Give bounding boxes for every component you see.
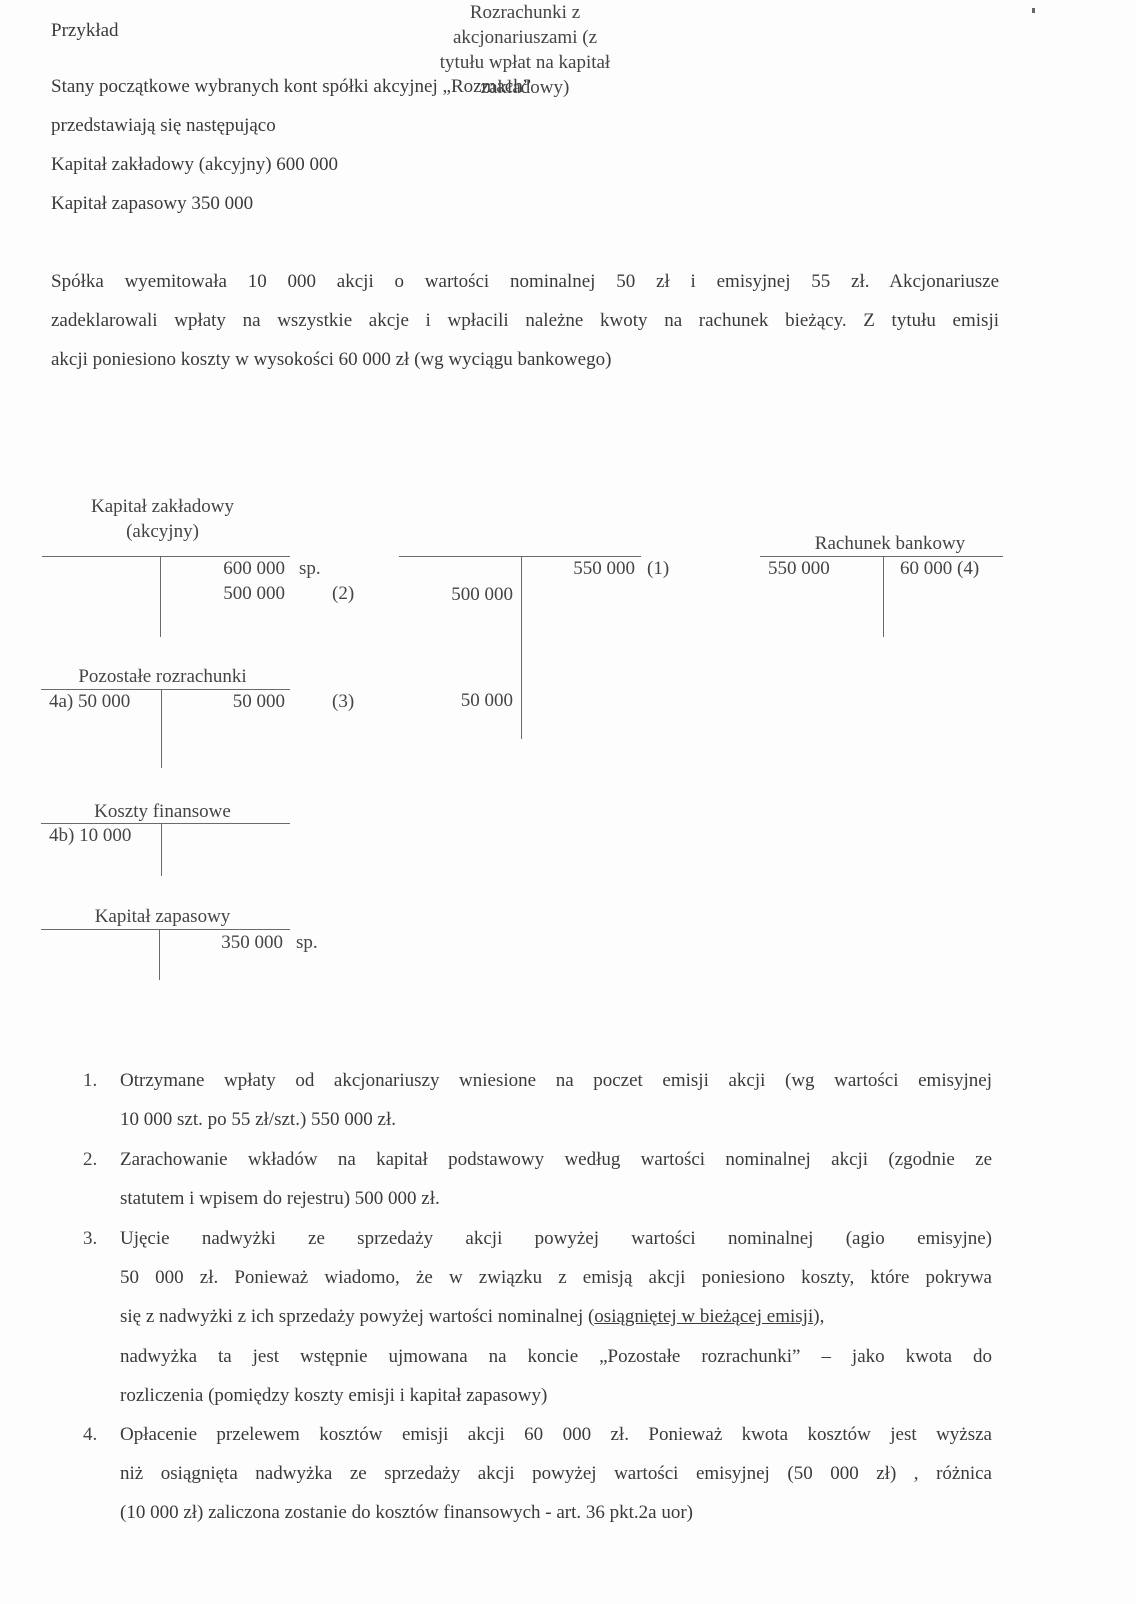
t-account-divider <box>159 930 160 980</box>
account-title: Kapitał zapasowy <box>40 904 285 929</box>
t-account-divider <box>883 557 884 637</box>
debit-amount: 10 000 <box>79 825 131 846</box>
t-account-top-line <box>41 929 290 930</box>
note-line: statutem i wpisem do rejestru) 500 000 z… <box>120 1188 440 1210</box>
credit-ref: (4) <box>957 558 979 579</box>
t-account-top-line <box>760 556 1003 557</box>
scan-speck <box>1032 8 1035 13</box>
debit-entry: 4a) 50 000 <box>49 691 130 713</box>
debit-ref: 4b) <box>49 825 74 846</box>
note-number: 2. <box>83 1149 97 1171</box>
debit-entry: 4b) 10 000 <box>49 825 131 847</box>
page-heading: Przykład <box>51 20 119 42</box>
note-line: Opłacenie przelewem kosztów emisji akcji… <box>120 1424 992 1446</box>
credit-amount: 500 000 <box>170 583 285 605</box>
account-title: Kapitał zakładowy (akcyjny) <box>40 494 285 544</box>
credit-amount: 60 000 (4) <box>900 558 979 580</box>
t-account-top-line <box>399 556 641 557</box>
t-account-top-line <box>42 556 290 557</box>
note-line: nadwyżka ta jest wstępnie ujmowana na ko… <box>120 1346 992 1368</box>
note-line: 50 000 zł. Ponieważ wiadomo, że w związk… <box>120 1267 992 1289</box>
description-line-3: akcji poniesiono koszty w wysokości 60 0… <box>51 349 611 371</box>
debit-amount: 50 000 <box>405 690 513 712</box>
t-account-divider <box>161 824 162 876</box>
credit-amount: 600 000 <box>170 558 285 580</box>
credit-ref: (3) <box>332 691 354 713</box>
debit-amount: 50 000 <box>78 691 130 712</box>
note-line: (10 000 zł) zaliczona zostanie do kosztó… <box>120 1502 693 1524</box>
credit-amount: 350 000 <box>168 932 283 954</box>
note-line: 10 000 szt. po 55 zł/szt.) 550 000 zł. <box>120 1109 396 1131</box>
note-number: 1. <box>83 1070 97 1092</box>
t-account-divider <box>521 557 522 739</box>
credit-ref: sp. <box>299 558 321 580</box>
credit-amount-value: 60 000 <box>900 558 952 579</box>
underlined-phrase: osiągniętej w bieżącej emisji <box>594 1306 813 1327</box>
note-number: 3. <box>83 1228 97 1250</box>
debit-amount: 550 000 <box>768 558 830 580</box>
note-line: Ujęcie nadwyżki ze sprzedaży akcji powyż… <box>120 1228 992 1250</box>
note-line: niż osiągnięta nadwyżka ze sprzedaży akc… <box>120 1463 992 1485</box>
debit-ref: 4a) <box>49 691 73 712</box>
note-number: 4. <box>83 1424 97 1446</box>
credit-amount: 50 000 <box>170 691 285 713</box>
debit-amount: 500 000 <box>405 584 513 606</box>
note-text: się z nadwyżki z ich sprzedaży powyżej w… <box>120 1306 594 1327</box>
intro-line-2: przedstawiają się następująco <box>51 115 276 137</box>
note-line: Zarachowanie wkładów na kapitał podstawo… <box>120 1149 992 1171</box>
credit-ref: (1) <box>647 558 669 580</box>
description-line-2: zadeklarowali wpłaty na wszystkie akcje … <box>51 310 999 332</box>
credit-ref: (2) <box>332 583 354 605</box>
account-title: Rachunek bankowy <box>780 531 1000 556</box>
note-line: Otrzymane wpłaty od akcjonariuszy wniesi… <box>120 1070 992 1092</box>
t-account-divider <box>160 557 161 637</box>
account-title: Rozrachunki z akcjonariuszami (z tytułu … <box>395 0 655 100</box>
credit-amount: 550 000 <box>530 558 635 580</box>
note-line: się z nadwyżki z ich sprzedaży powyżej w… <box>120 1306 1000 1328</box>
note-text: ), <box>813 1306 824 1327</box>
intro-line-4: Kapitał zapasowy 350 000 <box>51 193 253 215</box>
description-line-1: Spółka wyemitowała 10 000 akcji o wartoś… <box>51 271 999 293</box>
account-title: Pozostałe rozrachunki <box>40 664 285 689</box>
note-line: rozliczenia (pomiędzy koszty emisji i ka… <box>120 1385 547 1407</box>
account-title: Koszty finansowe <box>40 799 285 824</box>
credit-ref: sp. <box>296 932 318 954</box>
t-account-divider <box>161 690 162 768</box>
t-account-top-line <box>41 689 290 690</box>
t-account-top-line <box>41 823 290 824</box>
intro-line-3: Kapitał zakładowy (akcyjny) 600 000 <box>51 154 338 176</box>
